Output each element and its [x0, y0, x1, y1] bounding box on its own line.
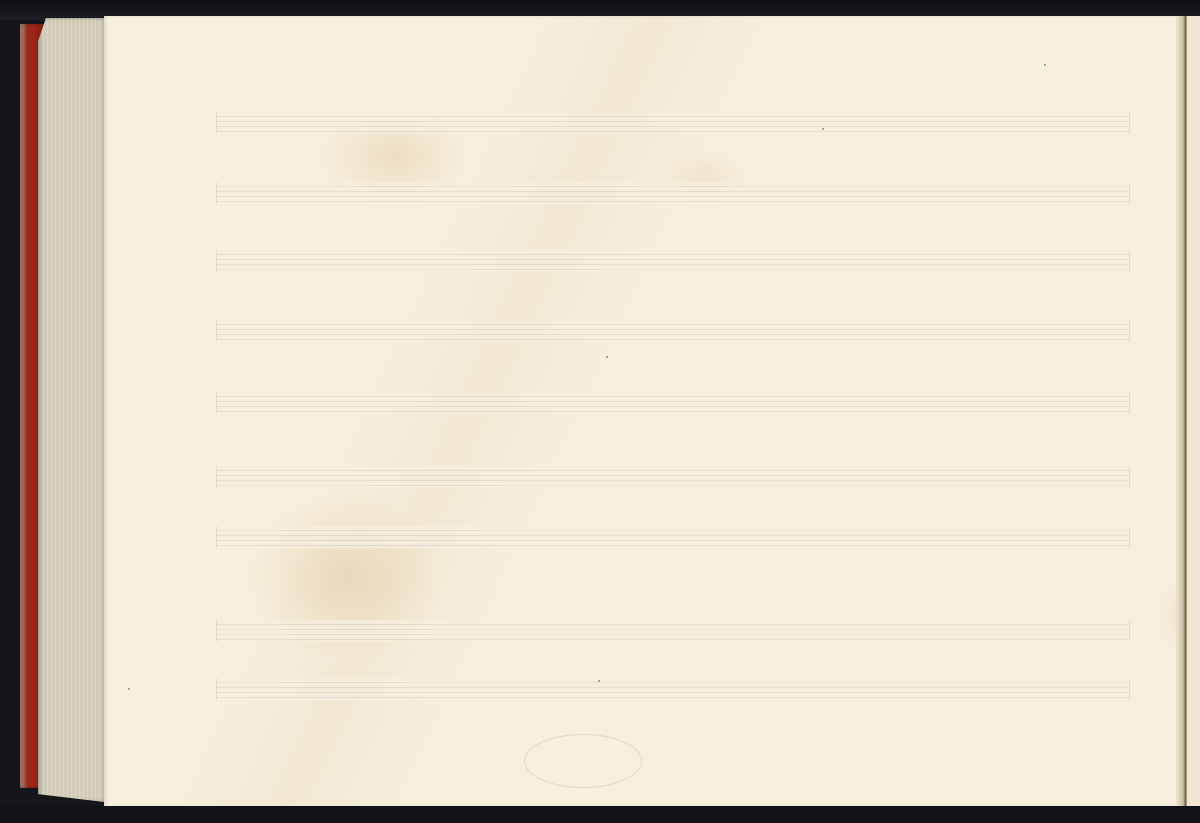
bleed-through-staff: [216, 392, 1130, 414]
paper-speck: [598, 680, 600, 682]
paper-speck: [128, 688, 130, 690]
bleed-through-staff: [216, 678, 1130, 700]
bleed-through-staff: [216, 182, 1130, 204]
bleed-through-staff: [216, 620, 1130, 642]
paper-speck: [606, 356, 608, 358]
paper-speck: [822, 128, 824, 130]
bleed-through-staff: [216, 250, 1130, 272]
bleed-through-staff: [216, 320, 1130, 342]
bleed-through-staff: [216, 526, 1130, 548]
stacked-page-edges: [38, 18, 104, 802]
blank-book-page: [104, 16, 1186, 808]
paper-speck: [1044, 64, 1046, 66]
bleed-through-stamp: [524, 734, 642, 788]
facing-page-edge: [1188, 16, 1200, 808]
bleed-through-staff: [216, 112, 1130, 134]
dark-backdrop-bottom: [0, 806, 1200, 823]
book-photograph: [0, 0, 1200, 823]
bleed-through-staff: [216, 466, 1130, 488]
